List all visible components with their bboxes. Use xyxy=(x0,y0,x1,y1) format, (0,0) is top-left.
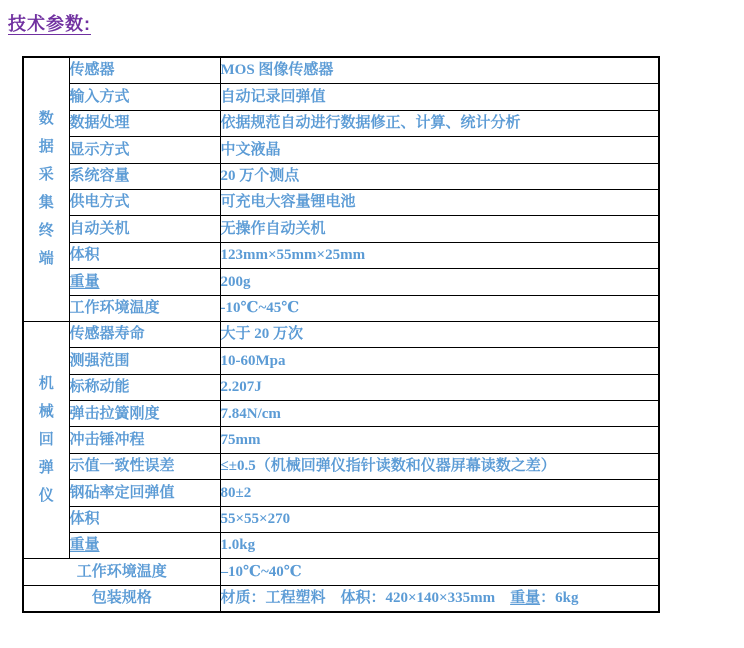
table-row: 重量 1.0kg xyxy=(23,533,659,559)
param-value: 1.0kg xyxy=(220,533,659,559)
param-label: 测强范围 xyxy=(69,348,220,374)
param-label: 重量 xyxy=(69,533,220,559)
param-value: 依据规范自动进行数据修正、计算、统计分析 xyxy=(220,110,659,136)
packaging-weight-text: 重量 xyxy=(510,590,540,606)
param-label: 传感器寿命 xyxy=(69,321,220,347)
param-label: 冲击锤冲程 xyxy=(69,427,220,453)
table-row: 工作环境温度 -10℃~45℃ xyxy=(23,295,659,321)
table-row: 体积 55×55×270 xyxy=(23,506,659,532)
param-value: 10-60Mpa xyxy=(220,348,659,374)
param-value: 可充电大容量锂电池 xyxy=(220,189,659,215)
param-label-text: 重量 xyxy=(70,537,100,553)
table-row: 系统容量 20 万个测点 xyxy=(23,163,659,189)
param-label: 系统容量 xyxy=(69,163,220,189)
spec-table: 数 据 采 集 终 端 传感器 MOS 图像传感器 输入方式 自动记录回弹值 数… xyxy=(22,56,660,613)
param-label: 供电方式 xyxy=(69,189,220,215)
footer-label-packaging: 包装规格 xyxy=(23,585,220,612)
param-label: 自动关机 xyxy=(69,216,220,242)
param-value: 中文液晶 xyxy=(220,137,659,163)
table-row: 体积 123mm×55mm×25mm xyxy=(23,242,659,268)
group-char: 机 xyxy=(24,370,69,398)
param-label: 显示方式 xyxy=(69,137,220,163)
param-label: 体积 xyxy=(69,506,220,532)
param-label: 数据处理 xyxy=(69,110,220,136)
param-label: 示值一致性误差 xyxy=(69,453,220,479)
group-char: 械 xyxy=(24,398,69,426)
param-label: 钢砧率定回弹值 xyxy=(69,480,220,506)
table-row: 标称动能 2.207J xyxy=(23,374,659,400)
param-label: 弹击拉簧刚度 xyxy=(69,401,220,427)
param-value: 7.84N/cm xyxy=(220,401,659,427)
param-label: 重量 xyxy=(69,269,220,295)
table-row: 重量 200g xyxy=(23,269,659,295)
param-value: MOS 图像传感器 xyxy=(220,57,659,84)
group-char: 采 xyxy=(24,161,69,189)
param-value: 20 万个测点 xyxy=(220,163,659,189)
param-label: 输入方式 xyxy=(69,84,220,110)
table-row: 数 据 采 集 终 端 传感器 MOS 图像传感器 xyxy=(23,57,659,84)
param-value: 75mm xyxy=(220,427,659,453)
param-label: 体积 xyxy=(69,242,220,268)
group-label-data-terminal: 数 据 采 集 终 端 xyxy=(23,57,69,321)
table-row: 示值一致性误差 ≤±0.5（机械回弹仪指针读数和仪器屏幕读数之差） xyxy=(23,453,659,479)
table-row: 冲击锤冲程 75mm xyxy=(23,427,659,453)
param-label: 标称动能 xyxy=(69,374,220,400)
footer-value-work-temp: –10℃~40℃ xyxy=(220,559,659,585)
table-row: 包装规格 材质：工程塑料 体积：420×140×335mm 重量：6kg xyxy=(23,585,659,612)
group-char: 集 xyxy=(24,189,69,217)
param-value: 123mm×55mm×25mm xyxy=(220,242,659,268)
group-char: 端 xyxy=(24,245,69,273)
param-value: ≤±0.5（机械回弹仪指针读数和仪器屏幕读数之差） xyxy=(220,453,659,479)
group-char: 回 xyxy=(24,426,69,454)
param-value: 200g xyxy=(220,269,659,295)
page-title: 技术参数: xyxy=(8,10,91,36)
table-row: 显示方式 中文液晶 xyxy=(23,137,659,163)
packaging-text: 材质：工程塑料 体积：420×140×335mm xyxy=(221,590,511,606)
param-value: 无操作自动关机 xyxy=(220,216,659,242)
param-value: 大于 20 万次 xyxy=(220,321,659,347)
table-row: 输入方式 自动记录回弹值 xyxy=(23,84,659,110)
group-char: 数 xyxy=(24,105,69,133)
table-row: 自动关机 无操作自动关机 xyxy=(23,216,659,242)
param-value: 2.207J xyxy=(220,374,659,400)
param-value: 80±2 xyxy=(220,480,659,506)
group-char: 据 xyxy=(24,133,69,161)
param-label: 传感器 xyxy=(69,57,220,84)
param-value: -10℃~45℃ xyxy=(220,295,659,321)
param-value: 自动记录回弹值 xyxy=(220,84,659,110)
group-label-rebound-instrument: 机 械 回 弹 仪 xyxy=(23,321,69,559)
table-row: 工作环境温度 –10℃~40℃ xyxy=(23,559,659,585)
group-char: 仪 xyxy=(24,482,69,510)
param-label-text: 重量 xyxy=(70,274,100,290)
footer-value-packaging: 材质：工程塑料 体积：420×140×335mm 重量：6kg xyxy=(220,585,659,612)
table-row: 弹击拉簧刚度 7.84N/cm xyxy=(23,401,659,427)
table-row: 钢砧率定回弹值 80±2 xyxy=(23,480,659,506)
table-row: 供电方式 可充电大容量锂电池 xyxy=(23,189,659,215)
group-char: 终 xyxy=(24,217,69,245)
packaging-text: ：6kg xyxy=(540,590,578,606)
param-label: 工作环境温度 xyxy=(69,295,220,321)
footer-label-work-temp: 工作环境温度 xyxy=(23,559,220,585)
table-row: 机 械 回 弹 仪 传感器寿命 大于 20 万次 xyxy=(23,321,659,347)
table-row: 测强范围 10-60Mpa xyxy=(23,348,659,374)
table-row: 数据处理 依据规范自动进行数据修正、计算、统计分析 xyxy=(23,110,659,136)
group-char: 弹 xyxy=(24,454,69,482)
param-value: 55×55×270 xyxy=(220,506,659,532)
